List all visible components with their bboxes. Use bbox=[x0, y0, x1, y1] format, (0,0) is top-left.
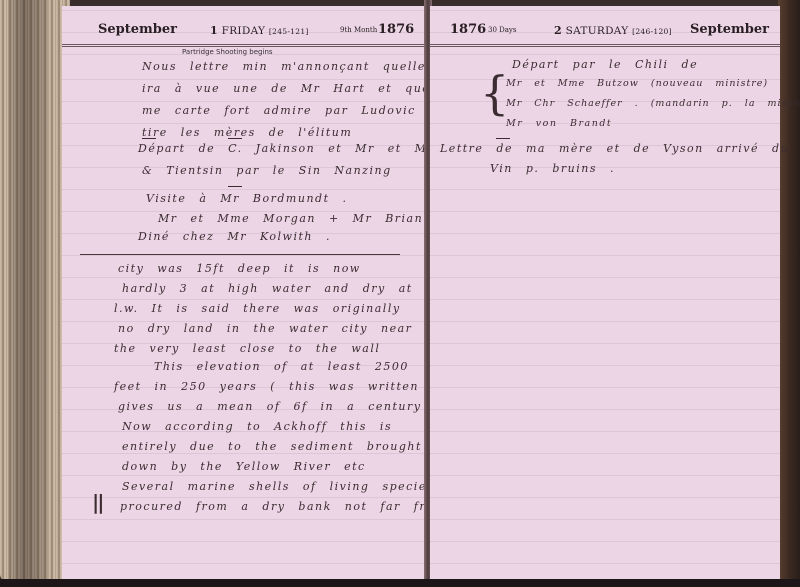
page-edges-left bbox=[0, 0, 70, 582]
header-rule bbox=[62, 46, 426, 47]
brace-mark: { bbox=[480, 70, 509, 116]
handwritten-line: Mr et Mme Morgan + Mr Brian + bbox=[158, 212, 447, 225]
dash-mark bbox=[142, 138, 156, 139]
handwritten-line: Nous lettre min m'annonçant quelle bbox=[142, 60, 426, 73]
left-weekday: FRIDAY bbox=[222, 25, 266, 37]
handwritten-line: Visite à Mr Bordmundt . bbox=[146, 192, 348, 205]
handwritten-line: Mr Chr Schaeffer . (mandarin p. la missi… bbox=[506, 98, 800, 109]
header-rule bbox=[62, 44, 426, 45]
left-year: 1876 bbox=[378, 22, 414, 37]
right-days-label: 30 Days bbox=[488, 26, 516, 34]
open-diary-book: September 1 FRIDAY [245-121] 9th Month 1… bbox=[0, 0, 800, 587]
handwritten-line: This elevation of at least 2500 bbox=[154, 360, 409, 373]
dash-mark bbox=[496, 138, 510, 139]
right-day-count: [246-120] bbox=[632, 27, 672, 36]
handwritten-line: Now according to Ackhoff this is bbox=[122, 420, 392, 433]
handwritten-line: the very least close to the wall bbox=[114, 342, 380, 355]
left-day-count: [245-121] bbox=[269, 27, 309, 36]
book-cover-edge-right bbox=[778, 0, 800, 587]
handwritten-line: Départ par le Chili de bbox=[512, 58, 698, 71]
left-month-label: 9th Month bbox=[340, 26, 377, 34]
handwritten-line: Mr von Brandt bbox=[506, 118, 612, 129]
right-page: 1876 30 Days 2 SATURDAY [246-120] Septem… bbox=[430, 6, 780, 581]
header-rule bbox=[430, 44, 780, 45]
dash-mark bbox=[228, 138, 242, 139]
book-bottom-edge bbox=[0, 579, 800, 587]
handwritten-line: entirely due to the sediment brought bbox=[122, 440, 422, 453]
handwritten-line: no dry land in the water city near bbox=[118, 322, 412, 335]
right-year: 1876 bbox=[450, 22, 486, 37]
right-day: 2 SATURDAY [246-120] bbox=[554, 24, 672, 37]
left-day: 1 FRIDAY [245-121] bbox=[210, 24, 309, 37]
right-page-header: 1876 30 Days 2 SATURDAY [246-120] Septem… bbox=[430, 20, 780, 42]
right-day-number: 2 bbox=[554, 24, 562, 37]
handwritten-line: Diné chez Mr Kolwith . bbox=[138, 230, 331, 243]
left-day-number: 1 bbox=[210, 24, 218, 37]
left-month: September bbox=[98, 22, 177, 37]
handwritten-line: Mr et Mme Butzow (nouveau ministre) bbox=[506, 78, 768, 89]
left-page-header: September 1 FRIDAY [245-121] 9th Month 1… bbox=[62, 20, 426, 42]
handwritten-line: gives us a mean of 6f in a century bbox=[118, 400, 421, 413]
handwritten-line: down by the Yellow River etc bbox=[122, 460, 366, 473]
margin-mark: || bbox=[92, 490, 103, 514]
handwritten-line: ira à vue une de Mr Hart et que bbox=[142, 82, 430, 95]
entry-divider bbox=[80, 254, 400, 255]
handwritten-line: & Tientsin par le Sin Nanzing bbox=[142, 164, 392, 177]
handwritten-line: hardly 3 at high water and dry at bbox=[122, 282, 413, 295]
header-rule bbox=[430, 46, 780, 47]
right-month: September bbox=[690, 22, 769, 37]
handwritten-line: me carte fort admire par Ludovic et bbox=[142, 104, 443, 117]
handwritten-line: Lettre de ma mère et de Vyson arrivé du bbox=[440, 142, 789, 155]
left-page: September 1 FRIDAY [245-121] 9th Month 1… bbox=[62, 6, 426, 581]
handwritten-line: tire les mères de l'élitum bbox=[142, 126, 352, 139]
handwritten-line: l.w. It is said there was originally bbox=[114, 302, 401, 315]
printed-note: Partridge Shooting begins bbox=[182, 48, 273, 56]
right-weekday: SATURDAY bbox=[566, 25, 629, 37]
dash-mark bbox=[228, 186, 242, 187]
handwritten-line: city was 15ft deep it is now bbox=[118, 262, 361, 275]
handwritten-line: Vin p. bruins . bbox=[490, 162, 615, 175]
